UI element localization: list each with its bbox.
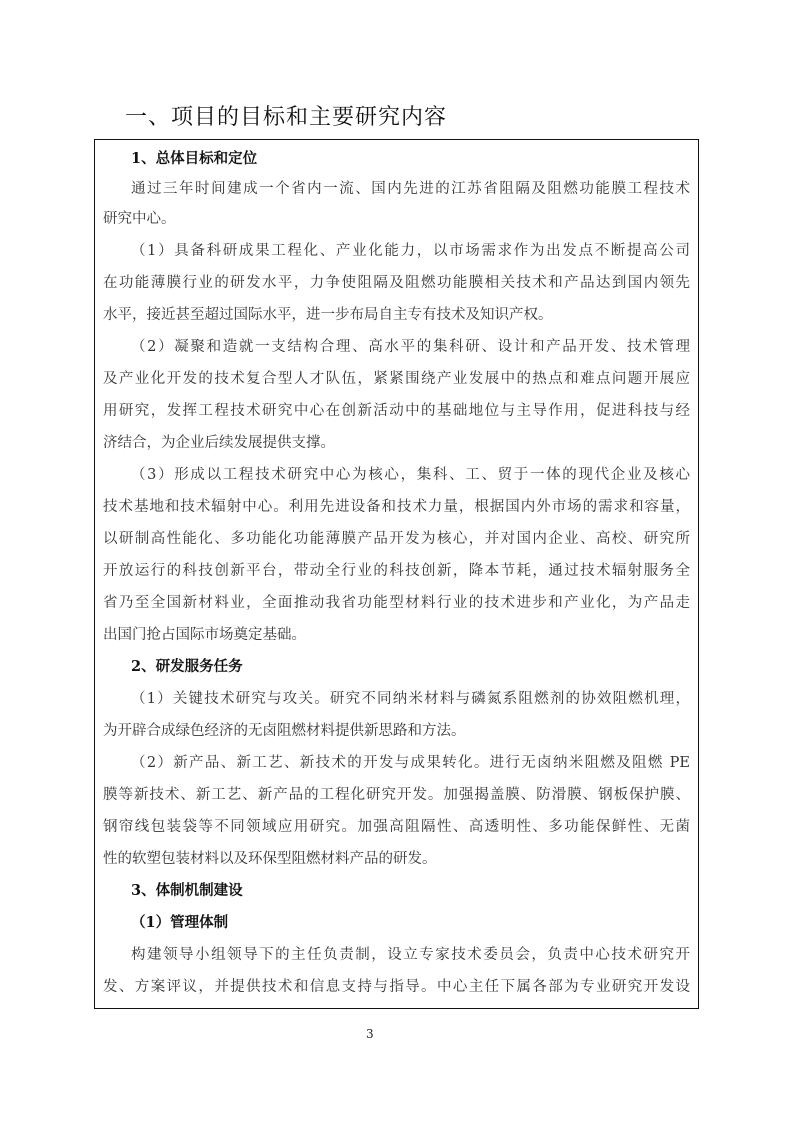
content-box: 1、总体目标和定位通过三年时间建成一个省内一流、国内先进的江苏省阻隔及阻燃功能膜… <box>94 139 699 1009</box>
paragraph-line: 水平，接近甚至超过国际水平，进一步布局自主专有技术及知识产权。 <box>103 300 690 330</box>
subsection-heading: 2、研发服务任务 <box>131 652 690 682</box>
subsection-heading: （1）管理体制 <box>131 908 690 938</box>
paragraph-line: （3）形成以工程技术研究中心为核心，集科、工、贸于一体的现代企业及核心 <box>131 460 690 490</box>
paragraph-line: 用研究，发挥工程技术研究中心在创新活动中的基础地位与主导作用，促进科技与经 <box>103 396 690 426</box>
paragraph-line: 以研制高性能化、多功能化功能薄膜产品开发为核心，并对国内企业、高校、研究所 <box>103 524 690 554</box>
paragraph-line: 发、方案评议，并提供技术和信息支持与指导。中心主任下属各部为专业研究开发设 <box>103 972 690 1002</box>
subsection-heading: 3、体制机制建设 <box>131 876 690 906</box>
paragraph-line: 省乃至全国新材料业，全面推动我省功能型材料行业的技术进步和产业化，为产品走 <box>103 588 690 618</box>
paragraph-line: 开放运行的科技创新平台，带动全行业的科技创新，降本节耗，通过技术辐射服务全 <box>103 556 690 586</box>
paragraph-line: 性的软塑包装材料以及环保型阻燃材料产品的研发。 <box>103 844 690 874</box>
paragraph-line: 出国门抢占国际市场奠定基础。 <box>103 620 690 650</box>
paragraph-line: 膜等新技术、新工艺、新产品的工程化研究开发。加强揭盖膜、防滑膜、钢板保护膜、 <box>103 780 690 810</box>
page-number: 3 <box>366 1027 374 1041</box>
paragraph-line: 钢帘线包装袋等不同领域应用研究。加强高阻隔性、高透明性、多功能保鲜性、无菌 <box>103 812 690 842</box>
paragraph-line: （1）具备科研成果工程化、产业化能力，以市场需求作为出发点不断提高公司 <box>131 236 690 266</box>
paragraph-line: 为开辟合成绿色经济的无卤阻燃材料提供新思路和方法。 <box>103 716 690 746</box>
paragraph-line: （2）凝聚和造就一支结构合理、高水平的集科研、设计和产品开发、技术管理 <box>131 332 690 362</box>
paragraph-line: （1）关键技术研究与攻关。研究不同纳米材料与磷氮系阻燃剂的协效阻燃机理， <box>131 684 690 714</box>
paragraph-line: 计单位，根据工程技术研究中心统一部署，承担各自工作。对研发项目采取项目经理 <box>103 1002 690 1009</box>
paragraph-line: 构建领导小组领导下的主任负责制，设立专家技术委员会，负责中心技术研究开 <box>131 940 690 970</box>
paragraph-line: 在功能薄膜行业的研发水平，力争使阻隔及阻燃功能膜相关技术和产品达到国内领先 <box>103 268 690 298</box>
paragraph-line: 研究中心。 <box>103 204 690 234</box>
paragraph-line: 济结合，为企业后续发展提供支撑。 <box>103 428 690 458</box>
subsection-heading: 1、总体目标和定位 <box>131 144 690 174</box>
paragraph-line: 通过三年时间建成一个省内一流、国内先进的江苏省阻隔及阻燃功能膜工程技术 <box>131 174 690 204</box>
paragraph-line: 技术基地和技术辐射中心。利用先进设备和技术力量，根据国内外市场的需求和容量， <box>103 492 690 522</box>
section-title: 一、项目的目标和主要研究内容 <box>125 100 447 131</box>
paragraph-line: （2）新产品、新工艺、新技术的开发与成果转化。进行无卤纳米阻燃及阻燃 PE <box>131 748 690 778</box>
paragraph-line: 及产业化开发的技术复合型人才队伍，紧紧围绕产业发展中的热点和难点问题开展应 <box>103 364 690 394</box>
